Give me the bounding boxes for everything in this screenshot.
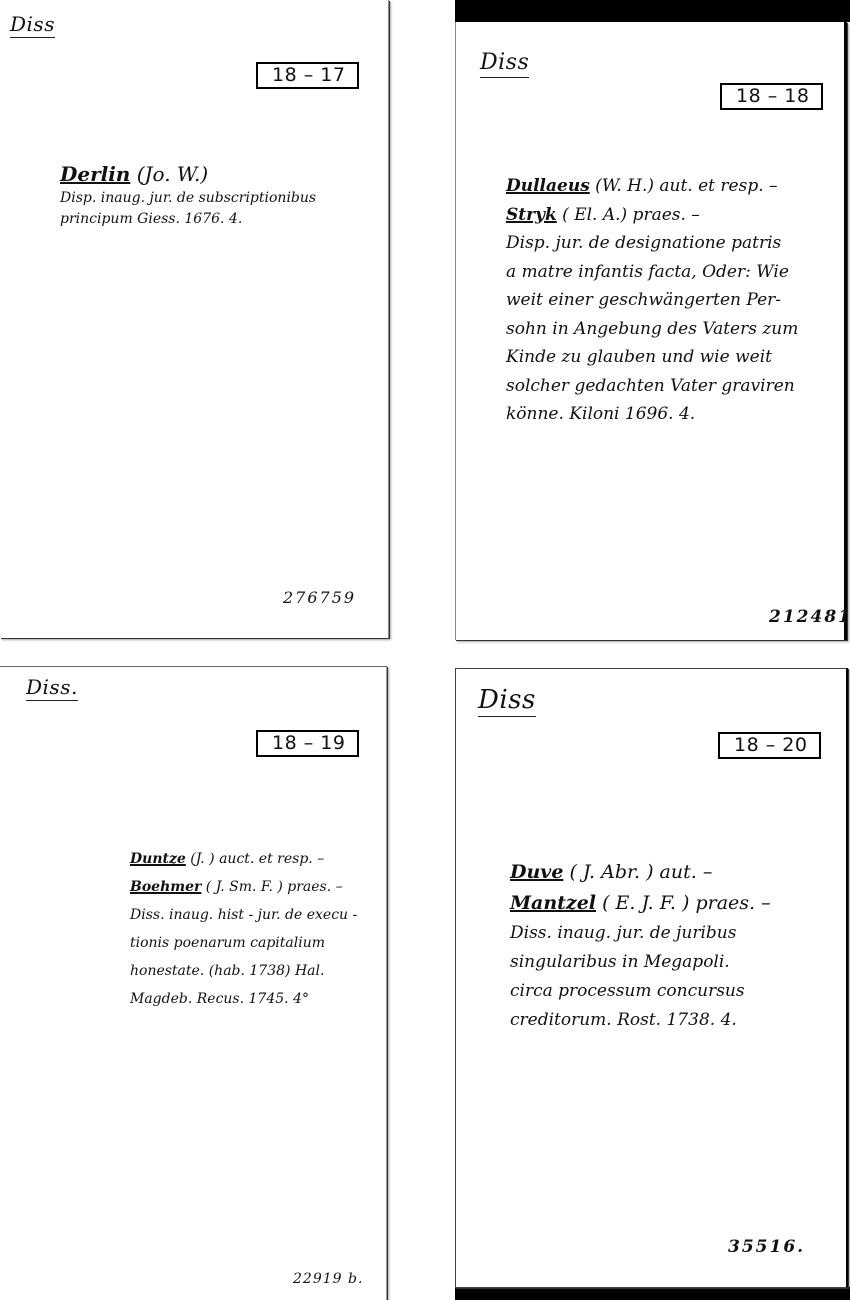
accession-number: 35516. [728,1237,805,1257]
entry-line: könne. Kiloni 1696. 4. [506,400,798,429]
author-name: Dullaeus [506,176,590,196]
author-line: Dullaeus (W. H.) aut. et resp. – [506,172,798,201]
praeses-line: Mantzel ( E. J. F. ) praes. – [510,888,771,919]
scan-edge-bottom [455,1287,850,1300]
entry-line: creditorum. Rost. 1738. 4. [510,1006,771,1035]
author-name: Duve [510,861,563,883]
entry-line: Magdeb. Recus. 1745. 4° [130,985,357,1013]
praeses-line: Stryk ( El. A.) praes. – [506,201,798,230]
author-name: Duntze [130,851,186,867]
entry-line: circa processum concursus [510,977,771,1006]
praeses-name: Stryk [506,205,557,225]
praeses-line: Boehmer ( J. Sm. F. ) praes. – [130,873,357,901]
entry-line: solcher gedachten Vater graviren [506,372,798,401]
bibliographic-entry: Duve ( J. Abr. ) aut. – Mantzel ( E. J. … [510,857,771,1035]
category-label: Diss [10,14,55,38]
entry-line: Diss. inaug. jur. de juribus [510,919,771,948]
entry-line: a matre infantis facta, Oder: Wie [506,258,798,287]
category-label: Diss. [26,677,78,701]
catalog-card-18-19: Diss. 18 – 19 Duntze (J. ) auct. et resp… [0,666,387,1300]
entry-line: singularibus in Megapoli. [510,948,771,977]
bibliographic-entry: Dullaeus (W. H.) aut. et resp. – Stryk (… [506,172,798,429]
catalog-card-18-17: Diss 18 – 17 Derlin (Jo. W.) Disp. inaug… [0,0,389,638]
category-label: Diss [480,52,529,78]
accession-number: 276759 [283,588,356,607]
call-number-box: 18 – 18 [720,83,823,110]
entry-line: honestate. (hab. 1738) Hal. [130,957,357,985]
author-line: Derlin (Jo. W.) [60,160,316,188]
author-name: Derlin [60,162,130,186]
scan-edge-top [455,0,850,22]
category-label: Diss [478,687,536,717]
entry-line: Disp. jur. de designatione patris [506,229,798,258]
call-number-box: 18 – 17 [256,62,359,89]
bibliographic-entry: Derlin (Jo. W.) Disp. inaug. jur. de sub… [60,160,316,230]
accession-number: 212481 [769,607,850,627]
praeses-name: Mantzel [510,892,596,914]
bibliographic-entry: Duntze (J. ) auct. et resp. – Boehmer ( … [130,845,357,1013]
accession-number: 22919 b. [293,1271,363,1287]
entry-line: Diss. inaug. hist - jur. de execu - [130,901,357,929]
entry-line: Kinde zu glauben und wie weit [506,343,798,372]
entry-line: tionis poenarum capitalium [130,929,357,957]
author-line: Duve ( J. Abr. ) aut. – [510,857,771,888]
call-number-box: 18 – 19 [256,730,359,757]
catalog-card-18-20: Diss 18 – 20 Duve ( J. Abr. ) aut. – Man… [455,668,848,1288]
call-number-box: 18 – 20 [718,732,821,759]
entry-line: Disp. inaug. jur. de subscriptionibus [60,188,316,209]
author-line: Duntze (J. ) auct. et resp. – [130,845,357,873]
entry-line: weit einer geschwängerten Per- [506,286,798,315]
entry-line: principum Giess. 1676. 4. [60,209,316,230]
entry-line: sohn in Angebung des Vaters zum [506,315,798,344]
catalog-card-18-18: Diss 18 – 18 Dullaeus (W. H.) aut. et re… [455,22,847,640]
praeses-name: Boehmer [130,879,201,895]
